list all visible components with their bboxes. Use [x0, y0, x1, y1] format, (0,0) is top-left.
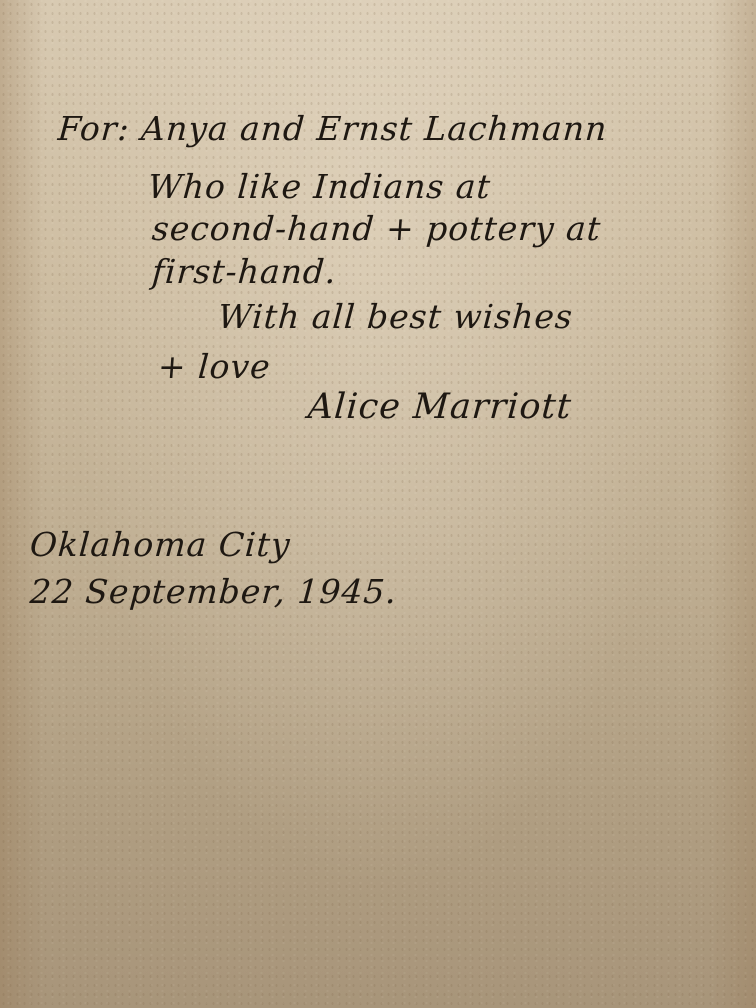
inscription-page: For: Anya and Ernst Lachmann Who like In… — [0, 0, 756, 1008]
place-line: Oklahoma City — [29, 528, 292, 561]
closing-line-2: + love — [157, 350, 272, 383]
dedication-line-4: first-hand. — [151, 255, 338, 288]
paper-texture — [0, 0, 756, 1008]
closing-line-1: With all best wishes — [217, 300, 574, 333]
dedication-line-3: second-hand + pottery at — [151, 212, 602, 245]
dedication-line-2: Who like Indians at — [147, 170, 492, 203]
dedication-line-1: For: Anya and Ernst Lachmann — [57, 112, 609, 145]
signature: Alice Marriott — [307, 390, 573, 425]
date-line: 22 September, 1945. — [29, 575, 398, 608]
